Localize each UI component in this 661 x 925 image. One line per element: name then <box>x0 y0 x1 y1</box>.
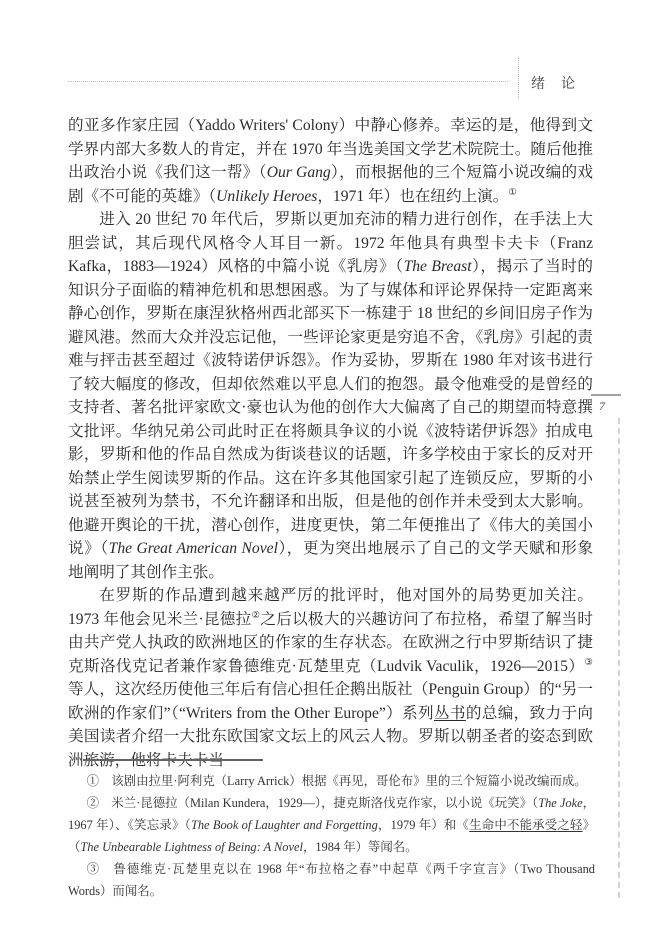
footnote-marker: ③ <box>584 656 593 667</box>
running-header-title: 绪 论 <box>531 73 576 93</box>
text-run: ② 米兰·昆德拉（Milan Kundera，1929—），捷克斯洛伐克作家，以… <box>87 796 539 810</box>
paragraph: 在罗斯的作品遭到越来越严厉的批评时，他对国外的局势更加关注。1973 年他会见米… <box>68 584 593 772</box>
text-run: ③ 鲁德维克·瓦楚里克以在 1968 年“布拉格之春”中起草《两千字宣言》（Tw… <box>68 862 595 898</box>
body-text: 的亚多作家庄园（Yaddo Writers' Colony）中静心修养。幸运的是… <box>68 114 593 772</box>
text-run: The Unbearable Lightness of Being: A Nov… <box>80 840 303 854</box>
text-run: ，1971 年）也在纽约上演。 <box>317 188 508 205</box>
footnote-marker: ① <box>508 186 517 197</box>
paragraph: 进入 20 世纪 70 年代后，罗斯以更加充沛的精力进行创作，在手法上大胆尝试，… <box>68 208 593 584</box>
page-number: 7 <box>590 399 614 414</box>
footnotes: ① 该剧由拉里·阿利克（Larry Arrick）根据《再见，哥伦布》里的三个短… <box>68 771 595 902</box>
text-run: Unlikely Heroes <box>216 188 317 205</box>
text-run: ① 该剧由拉里·阿利克（Larry Arrick）根据《再见，哥伦布》里的三个短… <box>87 774 587 788</box>
text-run: 丛书 <box>434 705 466 722</box>
footnote: ② 米兰·昆德拉（Milan Kundera，1929—），捷克斯洛伐克作家，以… <box>68 793 595 859</box>
text-run: ），揭示了当时的知识分子面临的精神危机和思想困惑。为了与媒体和评论界保持一定距离… <box>68 258 593 557</box>
footnote: ① 该剧由拉里·阿利克（Larry Arrick）根据《再见，哥伦布》里的三个短… <box>68 771 595 793</box>
text-run: 生命中不能承受之轻 <box>469 818 582 832</box>
text-run: The Great American Novel <box>109 540 278 557</box>
footnote-separator <box>83 759 263 761</box>
margin-dashed-line <box>618 418 620 898</box>
text-run: The Joke <box>538 796 582 810</box>
header-vertical-rule <box>518 57 519 99</box>
text-run: ，1984 年）等闻名。 <box>303 840 418 854</box>
text-run: The Breast <box>404 258 472 275</box>
header-dotted-rule <box>68 81 508 82</box>
page-number-bar <box>591 394 621 396</box>
text-run: Our Gang <box>267 164 331 181</box>
footnote: ③ 鲁德维克·瓦楚里克以在 1968 年“布拉格之春”中起草《两千字宣言》（Tw… <box>68 859 595 903</box>
text-run: The Book of Laughter and Forgetting <box>191 818 378 832</box>
text-run: ，1979 年）和《 <box>378 818 469 832</box>
book-page: 绪 论 7 的亚多作家庄园（Yaddo Writers' Colony）中静心修… <box>0 0 661 925</box>
paragraph: 的亚多作家庄园（Yaddo Writers' Colony）中静心修养。幸运的是… <box>68 114 593 208</box>
